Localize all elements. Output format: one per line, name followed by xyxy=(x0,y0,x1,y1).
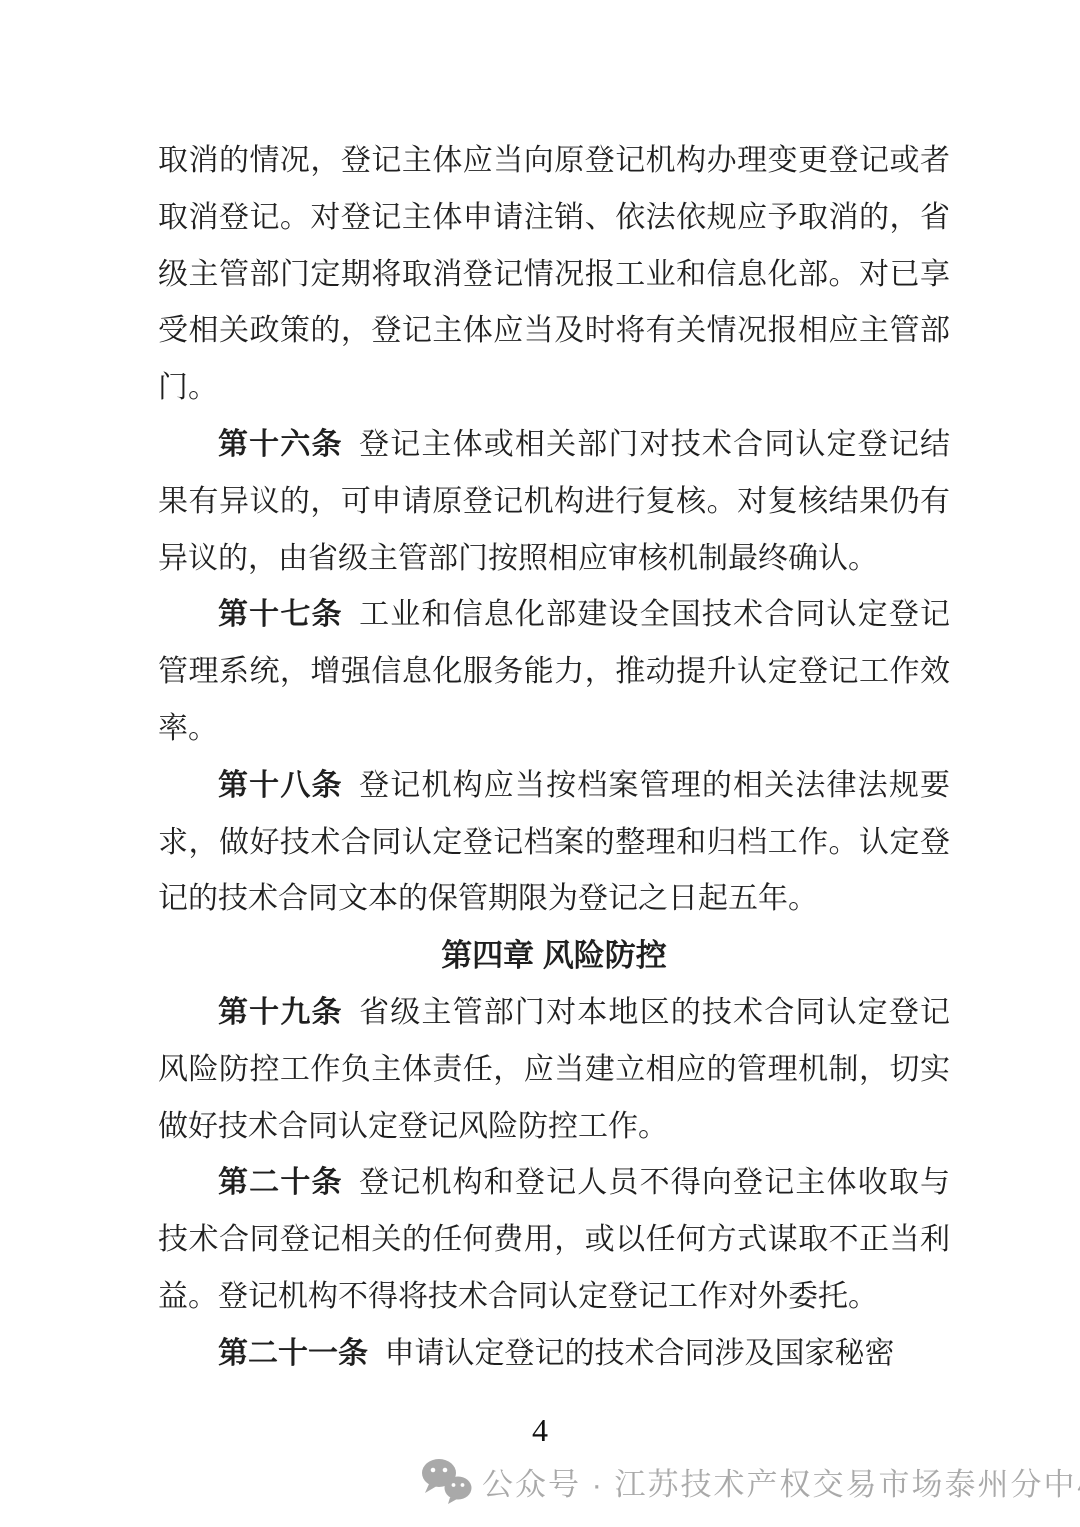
watermark-text: 公众号 · 江苏技术产权交易市场泰州分中心 xyxy=(482,1459,1080,1504)
document-page: 取消的情况，登记主体应当向原登记机构办理变更登记或者取消登记。对登记主体申请注销… xyxy=(0,0,1080,1527)
paragraph-text: 取消的情况，登记主体应当向原登记机构办理变更登记或者取消登记。对登记主体申请注销… xyxy=(158,144,950,404)
article-17-number: 第十七条 xyxy=(218,598,343,631)
paragraph-continuation: 取消的情况，登记主体应当向原登记机构办理变更登记或者取消登记。对登记主体申请注销… xyxy=(158,133,950,417)
paragraph-article-21: 第二十一条申请认定登记的技术合同涉及国家秘密 xyxy=(158,1326,950,1383)
article-18-number: 第十八条 xyxy=(218,769,343,802)
paragraph-article-19: 第十九条省级主管部门对本地区的技术合同认定登记风险防控工作负主体责任，应当建立相… xyxy=(158,985,950,1155)
paragraph-article-20: 第二十条登记机构和登记人员不得向登记主体收取与技术合同登记相关的任何费用，或以任… xyxy=(158,1155,950,1325)
paragraph-text: 申请认定登记的技术合同涉及国家秘密 xyxy=(385,1337,895,1370)
article-19-number: 第十九条 xyxy=(218,996,343,1029)
document-body: 取消的情况，登记主体应当向原登记机构办理变更登记或者取消登记。对登记主体申请注销… xyxy=(158,133,950,1383)
paragraph-article-17: 第十七条工业和信息化部建设全国技术合同认定登记管理系统，增强信息化服务能力，推动… xyxy=(158,587,950,757)
article-16-number: 第十六条 xyxy=(218,428,343,461)
page-number: 4 xyxy=(0,1412,1080,1449)
watermark: 公众号 · 江苏技术产权交易市场泰州分中心 xyxy=(420,1458,1080,1504)
article-20-number: 第二十条 xyxy=(218,1166,343,1199)
article-21-number: 第二十一条 xyxy=(218,1337,368,1370)
chapter-heading: 第四章 风险防控 xyxy=(158,928,950,985)
paragraph-article-16: 第十六条登记主体或相关部门对技术合同认定登记结果有异议的，可申请原登记机构进行复… xyxy=(158,417,950,587)
paragraph-article-18: 第十八条登记机构应当按档案管理的相关法律法规要求，做好技术合同认定登记档案的整理… xyxy=(158,758,950,928)
wechat-icon xyxy=(420,1458,472,1504)
